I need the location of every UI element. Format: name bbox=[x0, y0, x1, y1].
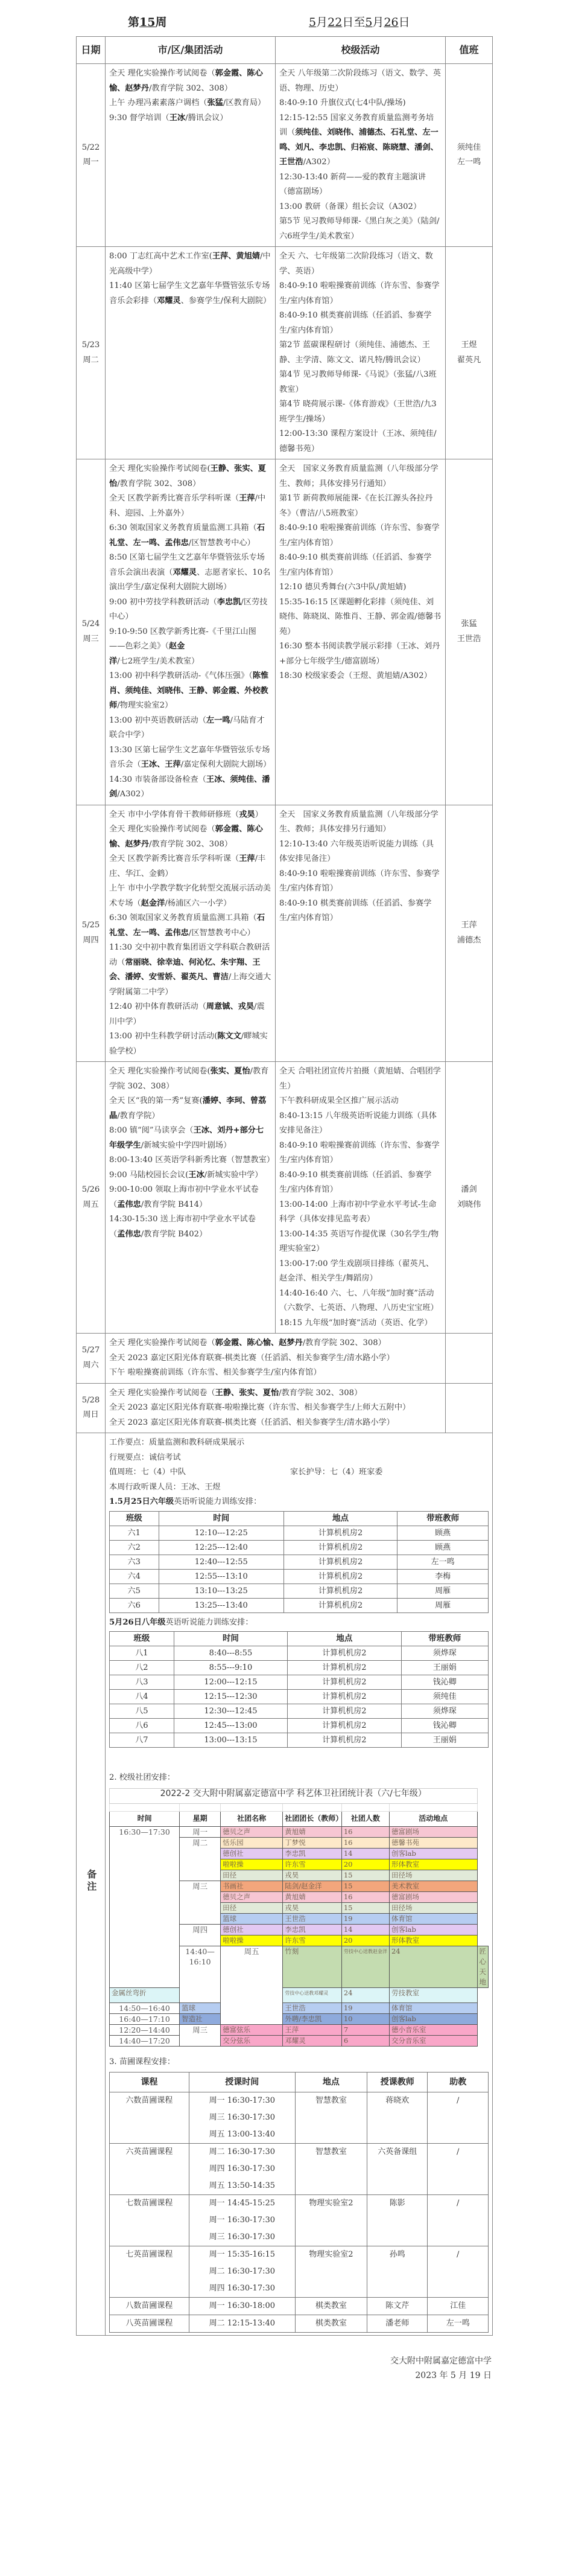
schedule-table: 日期 市/区/集团活动 校级活动 值班 5/22周一全天 理化实验操作考试阅卷（… bbox=[76, 36, 493, 2336]
district-activity: 9:30 督学培训（王冰/腾讯会议） bbox=[109, 111, 271, 126]
club-time: 14:50—16:40 bbox=[110, 2002, 180, 2013]
table-row: 八512:30---12:45计算机机房2须烨琛 bbox=[110, 1704, 489, 1719]
club-leader: 许东雪 bbox=[283, 1859, 342, 1870]
club-row: 14:40—17:20交分弦乐邓耀灵6交分音乐室 bbox=[110, 2035, 489, 2046]
weekend-activities-cell: 全天 理化实验操作考试阅卷（郭金霞、陈心愉、赵梦丹/教育学院 302、308）全… bbox=[106, 1334, 446, 1384]
school-activity: 第2节 蓝碳课程研讨（须纯佳、浦德杰、王静、主学清、陈文文、诺凡特/腾讯会议） bbox=[279, 338, 442, 368]
school-activity: 8:40-9:10 棋类赛前训练（任滔滔、参赛学生/室内体育馆） bbox=[279, 308, 442, 338]
course-assistant: / bbox=[428, 2195, 489, 2246]
club-name: 篮球 bbox=[180, 2002, 221, 2013]
district-activity: 13:00 初中科学教研活动-《气体压强》（陈惟肖、须纯佳、刘晓伟、王静、郭金霞… bbox=[109, 669, 271, 714]
club-leader: 劳技中心送教邓耀灵 bbox=[283, 1987, 342, 2002]
course-assistant: / bbox=[428, 2246, 489, 2298]
school-activities-cell: 全天 国家义务教育质量监测（八年级部分学生、教师；具体安排另行通知）第1节 新荷… bbox=[276, 459, 446, 805]
school-activity: 12:30-13:40 新荷——爱的教育主题演讲（德富剧场） bbox=[279, 170, 442, 200]
course-name: 八英苗圃课程 bbox=[110, 2315, 189, 2333]
district-activity: 12:40 初中体育教研活动（周意铖、戎昊/震川中学） bbox=[109, 1000, 271, 1029]
club-place: 美术教室 bbox=[389, 1881, 477, 1891]
club-leader: 劳技中心送教赵金洋 bbox=[341, 1946, 389, 1987]
school-activity: 第4节 晓荷展示课-《体育游戏》（王世浩/九3班学生/操场） bbox=[279, 397, 442, 427]
course-teacher: 蒋晓欢 bbox=[367, 2092, 428, 2144]
club-leader: 李忠凯 bbox=[283, 1848, 342, 1859]
duty-cell bbox=[446, 1334, 493, 1384]
course-times: 周一 15:35-16:15周二 16:30-17:30周四 16:30-17:… bbox=[189, 2246, 295, 2298]
club-leader: 陆剑/赵金洋 bbox=[283, 1881, 342, 1891]
club-name: 田径 bbox=[221, 1902, 283, 1913]
duty-cell: 王萍浦德杰 bbox=[446, 805, 493, 1062]
school-activities-cell: 全天 合唱社团宣传片拍摄（黄旭婧、合唱团学生）下午教科研成果全区推广展示活动8:… bbox=[276, 1062, 446, 1334]
club-row: 16:40—17:10智造社外聘/李忠凯10创客lab bbox=[110, 2013, 489, 2024]
club-count: 24 bbox=[341, 1987, 389, 2002]
club-leader: 丁梦悦 bbox=[283, 1837, 342, 1848]
club-section-title: 2. 校级社团安排： bbox=[109, 1771, 489, 1786]
course-name: 八数苗圃课程 bbox=[110, 2298, 189, 2315]
club-place: 形体教室 bbox=[389, 1859, 477, 1870]
table-row: 八18:40---8:55计算机机房2须烨琛 bbox=[110, 1646, 489, 1661]
club-place: 德富剧场 bbox=[389, 1891, 477, 1902]
club-row: 金属丝弯折劳技中心送教邓耀灵24劳技教室 bbox=[110, 1987, 489, 2002]
district-activity: 全天 区“我的第一秀”复赛(潘婷、李珂、曾荔晶/教育学院） bbox=[109, 1094, 271, 1123]
district-activity: 上午 市中小学教学数字化转型交流展示活动美术专场（赵金洋/杨浦区六一小学） bbox=[109, 881, 271, 911]
grade6-listening-table-title: 1.5月25日六年级英语听说能力训练安排： bbox=[109, 1495, 489, 1510]
school-activity: 12:10 德贝秀舞台(六3中队/黄旭婧) bbox=[279, 580, 442, 595]
club-count: 16 bbox=[341, 1891, 389, 1902]
club-row: 12:20—14:40周三德富弦乐王萍7德小音乐室 bbox=[110, 2024, 489, 2035]
district-activity: 9:00 马陆校园长会议(王冰/新城实验中学） bbox=[109, 1168, 271, 1183]
club-name: 德富弦乐 bbox=[221, 2024, 283, 2035]
district-activity: 全天 区教学新秀比赛音乐学科听课（王萍/中科、迎园、上外嘉外） bbox=[109, 491, 271, 521]
column-header-duty: 值班 bbox=[446, 37, 493, 64]
course-place: 物理实验室2 bbox=[295, 2195, 367, 2246]
club-name: 啦啦操 bbox=[221, 1935, 283, 1946]
district-activity: 8:00-13:40 区英语学科新秀比赛（智慧教室） bbox=[109, 1153, 271, 1168]
date-cell: 5/22周一 bbox=[77, 64, 106, 247]
district-activity: 9:00 初中劳技学科教研活动（李忠凯/区劳技中心） bbox=[109, 595, 271, 625]
school-activities-cell: 全天 八年级第二次阶段练习（语文、数学、英语、物理、历史）8:40-9:10 升… bbox=[276, 64, 446, 247]
duty-cell: 张猛王世浩 bbox=[446, 459, 493, 805]
district-activities-cell: 全天 市中小学体育骨干教师研修班（戎昊）全天 理化实验操作考试阅卷（郭金霞、陈心… bbox=[106, 805, 276, 1062]
duty-cell: 王煜翟英凡 bbox=[446, 247, 493, 459]
column-header-school: 校级活动 bbox=[276, 37, 446, 64]
notes-row: 备注工作要点：质量监测和教科研成果展示行规要点：诚信考试值周班：七（4）中队家长… bbox=[77, 1433, 493, 2336]
school-activity: 12:00-13:30 课程方案设计（王冰、须纯佳/德馨书苑） bbox=[279, 427, 442, 456]
club-place: 匠心天地 bbox=[477, 1946, 489, 1987]
club-name: 金属丝弯折 bbox=[110, 1987, 180, 2002]
district-activity: 全天 区教学新秀比赛音乐学科听课（王萍/丰庄、华江、金鹤） bbox=[109, 852, 271, 881]
district-activity: 14:30-15:30 送上海市初中学业水平试卷（孟伟忠/教育学院 B402） bbox=[109, 1212, 271, 1242]
club-place: 交分音乐室 bbox=[389, 2035, 477, 2046]
school-activity: 8:40-9:10 棋类赛前训练（任滔滔、参赛学生/室内体育馆） bbox=[279, 551, 442, 580]
club-leader: 王世浩 bbox=[283, 1913, 342, 1924]
club-place: 创客lab bbox=[389, 2013, 477, 2024]
school-activity: 12:10-13:40 六年级英语听说能力训练（具体安排见备注） bbox=[279, 837, 442, 867]
weekly-schedule-page: 第15周 5月22日至5月26日 日期 市/区/集团活动 校级活动 值班 5/2… bbox=[0, 0, 570, 2401]
school-activity: 13:00-14:35 英语写作提优课（30名学生/物理实验室2） bbox=[279, 1227, 442, 1257]
nursery-course-table: 课程授课时间地点授课教师助教六数苗圃课程周一 16:30-17:30周三 16:… bbox=[109, 2072, 489, 2333]
grade8-listening-table: 班级时间地点带班教师八18:40---8:55计算机机房2须烨琛八28:55--… bbox=[109, 1631, 489, 1748]
club-leader: 戎昊 bbox=[283, 1870, 342, 1881]
school-activity: 8:40-9:10 啦啦操赛前训练（许东雪、参赛学生/室内体育馆） bbox=[279, 521, 442, 551]
district-activity: 全天 理化实验操作考试阅卷（郭金霞、陈心愉、赵梦丹/教育学院 302、308） bbox=[109, 822, 271, 852]
course-place: 棋类教室 bbox=[295, 2315, 367, 2333]
district-activity: 全天 理化实验操作考试阅卷（郭金霞、陈心愉、赵梦丹/教育学院 302、308） bbox=[109, 66, 271, 96]
club-time: 12:20—14:40 bbox=[110, 2024, 180, 2035]
column-header-date: 日期 bbox=[77, 37, 106, 64]
district-activity: 8:50 区第七届学生文艺嘉年华暨管弦乐专场音乐会演出表演（邓耀灵、志愿者家长、… bbox=[109, 551, 271, 595]
district-activity: 全天 理化实验操作考试阅卷(张实、夏怡/教育学院 302、308） bbox=[109, 1064, 271, 1094]
day-row: 5/24周三全天 理化实验操作考试阅卷(王静、张实、夏怡/教育学院 302、30… bbox=[77, 459, 493, 805]
club-count: 14 bbox=[341, 1924, 389, 1935]
school-activity: 第4节 见习教师导师课-《马说》（张猛/八3班教室） bbox=[279, 368, 442, 397]
weekend-activity: 全天 理化实验操作考试阅卷（王静、张实、夏怡/教育学院 302、308） bbox=[109, 1386, 442, 1401]
club-count: 16 bbox=[341, 1826, 389, 1837]
club-weekday: 周五 bbox=[221, 1946, 283, 2024]
school-activity: 8:40-9:10 升旗仪式(七4中队/操场) bbox=[279, 96, 442, 111]
school-activities-cell: 全天 六、七年级第二次阶段练习（语文、数学、英语）8:40-9:10 啦啦操赛前… bbox=[276, 247, 446, 459]
club-place: 德馨书苑 bbox=[389, 1837, 477, 1848]
weekend-activities-cell: 全天 理化实验操作考试阅卷（王静、张实、夏怡/教育学院 302、308）全天 2… bbox=[106, 1383, 446, 1433]
club-name: 竹刻 bbox=[283, 1946, 342, 1987]
nursery-section-title: 3. 苗圃课程安排： bbox=[109, 2055, 489, 2070]
club-count: 15 bbox=[341, 1870, 389, 1881]
date-cell: 5/23周二 bbox=[77, 247, 106, 459]
club-name: 书画社 bbox=[221, 1881, 283, 1891]
club-place: 田径场 bbox=[389, 1902, 477, 1913]
table-row: 六513:10---13:25计算机机房2周雁 bbox=[110, 1584, 489, 1598]
course-assistant: / bbox=[428, 2144, 489, 2195]
nursery-course-row: 七数苗圃课程周一 14:45-15:25周一 16:30-17:30周三 16:… bbox=[110, 2195, 489, 2246]
footer-signature: 交大附中附属嘉定德富中学 2023 年 5 月 19 日 bbox=[0, 2354, 492, 2383]
duty-class-line: 值周班：七（4）中队家长护导：七（4）班家委 bbox=[109, 1465, 489, 1480]
school-activity: 第1节 新荷教师展能课-《在长江源头各拉丹冬》（曹洁/八5班教室） bbox=[279, 491, 442, 521]
club-name: 德贝之声 bbox=[221, 1826, 283, 1837]
course-assistant: / bbox=[428, 2092, 489, 2144]
school-activity: 第5节 见习教师导师课-《黑白灰之美》（陆剑/六6班学生/美术教室） bbox=[279, 214, 442, 244]
club-name: 德创社 bbox=[221, 1924, 283, 1935]
course-teacher: 陈文芹 bbox=[367, 2298, 428, 2315]
club-leader: 王萍 bbox=[283, 2024, 342, 2035]
schedule-header-row: 日期 市/区/集团活动 校级活动 值班 bbox=[77, 37, 493, 64]
district-activity: 8:00 镇“阅”马读享会（王冰、刘丹+部分七年级学生/新城实验中学四叶剧场） bbox=[109, 1123, 271, 1153]
club-row: 14:50—16:40篮球王世浩19体育馆 bbox=[110, 2002, 489, 2013]
course-name: 七英苗圃课程 bbox=[110, 2246, 189, 2298]
club-leader: 王世浩 bbox=[283, 2002, 342, 2013]
nursery-course-row: 八英苗圃课程周二 12:15-13:40棋类教室潘老师左一鸣 bbox=[110, 2315, 489, 2333]
club-weekday: 周一 bbox=[180, 1826, 221, 1837]
school-activity: 8:40-9:10 棋类赛前训练（任滔滔、参赛学生/室内体育馆） bbox=[279, 1168, 442, 1198]
school-activity: 12:15-12:55 国家义务教育质量监测考务培训（须纯佳、刘晓伟、浦德杰、石… bbox=[279, 111, 442, 170]
school-activity: 全天 合唱社团宣传片拍摄（黄旭婧、合唱团学生） bbox=[279, 1064, 442, 1094]
club-leader: 黄旭婧 bbox=[283, 1891, 342, 1902]
course-place: 智慧教室 bbox=[295, 2092, 367, 2144]
table-row: 八312:00---12:15计算机机房2钱沁卿 bbox=[110, 1675, 489, 1690]
club-leader: 邓耀灵 bbox=[283, 2035, 342, 2046]
club-table-caption: 2022-2 交大附中附属嘉定德富中学 科艺体卫社团统计表（六/七年级） bbox=[110, 1788, 478, 1803]
grade6-listening-table: 班级时间地点带班教师六112:10---12:25计算机机房2顾燕六212:25… bbox=[109, 1511, 489, 1613]
district-activity: 9:00-10:00 领取上海市初中学业水平试卷（孟伟忠/教育学院 B414） bbox=[109, 1183, 271, 1212]
club-count: 7 bbox=[341, 2024, 389, 2035]
day-row: 5/22周一全天 理化实验操作考试阅卷（郭金霞、陈心愉、赵梦丹/教育学院 302… bbox=[77, 64, 493, 247]
club-place: 创客lab bbox=[389, 1848, 477, 1859]
club-name: 啦啦操 bbox=[221, 1859, 283, 1870]
club-name: 交分弦乐 bbox=[221, 2035, 283, 2046]
club-count: 10 bbox=[341, 2013, 389, 2024]
notes-label-cell: 备注 bbox=[77, 1433, 106, 2336]
district-activity: 13:30 区第七届学生文艺嘉年华暨管弦乐专场音乐会（王冰、王萍/嘉定保利大剧院… bbox=[109, 743, 271, 773]
course-times: 周一 16:30-17:30周三 16:30-17:30周五 13:00-13:… bbox=[189, 2092, 295, 2144]
footer-date: 2023 年 5 月 19 日 bbox=[0, 2368, 492, 2383]
club-place: 田径场 bbox=[389, 1870, 477, 1881]
nursery-course-row: 六英苗圃课程周二 16:30-17:30周四 16:30-17:30周五 13:… bbox=[110, 2144, 489, 2195]
club-place: 劳技教室 bbox=[389, 1987, 477, 2002]
course-place: 棋类教室 bbox=[295, 2298, 367, 2315]
club-time: 16:30—17:30 bbox=[110, 1826, 180, 1987]
date-cell: 5/27周六 bbox=[77, 1334, 106, 1384]
district-activity: 6:30 领取国家义务教育质量监测工具箱（石礼堂、左一鸣、孟伟忠/区智慧教考中心… bbox=[109, 911, 271, 941]
club-count: 19 bbox=[341, 1913, 389, 1924]
district-activities-cell: 8:00 丁志红高中艺术工作室(王萍、黄旭婧/中光高级中学）11:40 区第七届… bbox=[106, 247, 276, 459]
district-activity: 13:00 初中英语教研活动（左一鸣/马陆育才联合中学） bbox=[109, 714, 271, 743]
work-focus: 工作要点：质量监测和教科研成果展示 bbox=[109, 1436, 489, 1451]
club-leader: 李忠凯 bbox=[283, 1924, 342, 1935]
weekend-row: 5/28周日全天 理化实验操作考试阅卷（王静、张实、夏怡/教育学院 302、30… bbox=[77, 1383, 493, 1433]
date-cell: 5/26周五 bbox=[77, 1062, 106, 1334]
course-name: 六数苗圃课程 bbox=[110, 2092, 189, 2144]
school-activity: 13:00 教研（备课）组长会议（A302） bbox=[279, 200, 442, 215]
district-activities-cell: 全天 理化实验操作考试阅卷(王静、张实、夏怡/教育学院 302、308）全天 区… bbox=[106, 459, 276, 805]
school-activity: 16:30 整本书阅读教学展示彩排（王冰、刘丹+部分七年级学生/德富剧场） bbox=[279, 639, 442, 669]
district-activity: 11:30 交中初中教育集团语文学科联合教研活动（常丽晓、徐幸迪、何沁忆、朱宇翔… bbox=[109, 941, 271, 1000]
district-activity: 11:40 区第七届学生文艺嘉年华暨管弦乐专场音乐会彩排（邓耀灵、参赛学生/保利… bbox=[109, 279, 271, 308]
school-activity: 18:30 校级家委会（王煜、黄旭婧/A302） bbox=[279, 669, 442, 684]
club-weekday: 周二 bbox=[180, 1837, 221, 1881]
course-times: 周二 12:15-13:40 bbox=[189, 2315, 295, 2333]
district-activities-cell: 全天 理化实验操作考试阅卷（郭金霞、陈心愉、赵梦丹/教育学院 302、308）上… bbox=[106, 64, 276, 247]
club-place: 创客lab bbox=[389, 1924, 477, 1935]
club-name: 智造社 bbox=[180, 2013, 221, 2024]
school-activity: 全天 六、七年级第二次阶段练习（语文、数学、英语） bbox=[279, 249, 442, 279]
course-name: 六英苗圃课程 bbox=[110, 2144, 189, 2195]
course-teacher: 潘老师 bbox=[367, 2315, 428, 2333]
date-cell: 5/25周四 bbox=[77, 805, 106, 1062]
club-name: 德创社 bbox=[221, 1848, 283, 1859]
duty-cell bbox=[446, 1383, 493, 1433]
club-count: 16 bbox=[341, 1837, 389, 1848]
school-activity: 全天 八年级第二次阶段练习（语文、数学、英语、物理、历史） bbox=[279, 66, 442, 96]
table-row: 六212:25---12:40计算机机房2顾燕 bbox=[110, 1540, 489, 1555]
week-number: 第15周 bbox=[128, 13, 166, 30]
column-header-district: 市/区/集团活动 bbox=[106, 37, 276, 64]
weekend-activity: 全天 2023 嘉定区阳光体育联赛-棋类比赛（任滔滔、相关参赛学生/清水路小学） bbox=[109, 1351, 442, 1366]
club-place: 形体教室 bbox=[389, 1935, 477, 1946]
school-activity: 全天 国家义务教育质量监测（八年级部分学生、教师；具体安排另行通知） bbox=[279, 808, 442, 837]
club-count: 20 bbox=[341, 1859, 389, 1870]
club-place: 德富剧场 bbox=[389, 1826, 477, 1837]
school-activity: 18:15 九年级“加时赛”活动（英语、化学） bbox=[279, 1316, 442, 1331]
course-place: 物理实验室2 bbox=[295, 2246, 367, 2298]
conduct-focus: 行规要点：诚信考试 bbox=[109, 1451, 489, 1466]
district-activity: 14:30 市装备部设备检查（王冰、须纯佳、潘剑/A302） bbox=[109, 773, 271, 802]
club-place: 德小音乐室 bbox=[389, 2024, 477, 2035]
school-activities-cell: 全天 国家义务教育质量监测（八年级部分学生、教师；具体安排另行通知）12:10-… bbox=[276, 805, 446, 1062]
club-time: 16:40—17:10 bbox=[110, 2013, 180, 2024]
weekend-activity: 下午 啦啦操赛前训练（许东雪、相关参赛学生/室内体育馆） bbox=[109, 1366, 442, 1381]
nursery-course-row: 六数苗圃课程周一 16:30-17:30周三 16:30-17:30周五 13:… bbox=[110, 2092, 489, 2144]
club-time: 14:40—16:10 bbox=[180, 1946, 221, 2002]
day-row: 5/23周二8:00 丁志红高中艺术工作室(王萍、黄旭婧/中光高级中学）11:4… bbox=[77, 247, 493, 459]
schedule-title: 第15周 5月22日至5月26日 bbox=[0, 13, 570, 36]
club-count: 15 bbox=[341, 1902, 389, 1913]
date-range: 5月22日至5月26日 bbox=[309, 13, 410, 30]
table-row: 八713:00---13:15计算机机房2王丽娟 bbox=[110, 1733, 489, 1748]
course-assistant: 左一鸣 bbox=[428, 2315, 489, 2333]
duty-cell: 须纯佳左一鸣 bbox=[446, 64, 493, 247]
club-count: 24 bbox=[389, 1946, 477, 1987]
table-row: 八612:45---13:00计算机机房2钱沁卿 bbox=[110, 1719, 489, 1733]
weekend-row: 5/27周六全天 理化实验操作考试阅卷（郭金霞、陈心愉、赵梦丹/教育学院 302… bbox=[77, 1334, 493, 1384]
school-activity: 8:40-9:10 棋类赛前训练（任滔滔、参赛学生/室内体育馆） bbox=[279, 896, 442, 926]
course-times: 周一 14:45-15:25周一 16:30-17:30周三 16:30-17:… bbox=[189, 2195, 295, 2246]
district-activity: 6:30 领取国家义务教育质量监测工具箱（石礼堂、左一鸣、孟伟忠/区智慧教考中心… bbox=[109, 521, 271, 551]
district-activity: 全天 市中小学体育骨干教师研修班（戎昊） bbox=[109, 808, 271, 823]
table-row: 六312:40---12:55计算机机房2左一鸣 bbox=[110, 1555, 489, 1569]
district-activity: 13:00 初中生科教学研讨活动(陈文文/疁城实验学校） bbox=[109, 1029, 271, 1059]
footer-school: 交大附中附属嘉定德富中学 bbox=[0, 2354, 492, 2368]
date-cell: 5/24周三 bbox=[77, 459, 106, 805]
nursery-course-row: 八数苗圃课程周一 16:30-18:00棋类教室陈文芹江佳 bbox=[110, 2298, 489, 2315]
course-times: 周二 16:30-17:30周四 16:30-17:30周五 13:50-14:… bbox=[189, 2144, 295, 2195]
day-row: 5/25周四全天 市中小学体育骨干教师研修班（戎昊）全天 理化实验操作考试阅卷（… bbox=[77, 805, 493, 1062]
grade8-listening-table-title: 5月26日八年级英语听说能力训练安排： bbox=[109, 1616, 489, 1631]
course-teacher: 陈影 bbox=[367, 2195, 428, 2246]
club-time: 14:40—17:20 bbox=[110, 2035, 180, 2046]
date-cell: 5/28周日 bbox=[77, 1383, 106, 1433]
district-activity: 9:10-9:50 区教学新秀比赛-《千里江山图——色彩之美》（赵金洋/七2班学… bbox=[109, 625, 271, 670]
weekend-activity: 全天 理化实验操作考试阅卷（郭金霞、陈心愉、赵梦丹/教育学院 302、308） bbox=[109, 1336, 442, 1351]
school-activity: 全天 国家义务教育质量监测（八年级部分学生、教师；具体安排另行通知） bbox=[279, 462, 442, 491]
table-row: 八412:15---12:30计算机机房2须纯佳 bbox=[110, 1690, 489, 1704]
club-weekday: 周四 bbox=[180, 1924, 221, 1946]
observers: 本周行政听课人员：王冰、王煜 bbox=[109, 1480, 489, 1495]
club-place: 体育馆 bbox=[389, 2002, 477, 2013]
notes-label: 备注 bbox=[83, 1869, 98, 1893]
club-name: 德贝之声 bbox=[221, 1891, 283, 1902]
course-assistant: 江佳 bbox=[428, 2298, 489, 2315]
club-weekday: 周三 bbox=[180, 1881, 221, 1924]
course-place: 智慧教室 bbox=[295, 2144, 367, 2195]
club-leader: 戎昊 bbox=[283, 1902, 342, 1913]
club-leader: 黄旭婧 bbox=[283, 1826, 342, 1837]
day-row: 5/26周五全天 理化实验操作考试阅卷(张实、夏怡/教育学院 302、308）全… bbox=[77, 1062, 493, 1334]
club-name: 篮球 bbox=[221, 1913, 283, 1924]
club-count: 6 bbox=[341, 2035, 389, 2046]
school-activity: 15:35-16:15 区课题孵化彩排（须纯佳、刘晓伟、陈晓岚、陈惟肖、王静、郭… bbox=[279, 595, 442, 640]
district-activity: 全天 理化实验操作考试阅卷(王静、张实、夏怡/教育学院 302、308） bbox=[109, 462, 271, 491]
school-activity: 8:40-9:10 啦啦操赛前训练（许东雪、参赛学生/室内体育馆） bbox=[279, 1139, 442, 1168]
course-times: 周一 16:30-18:00 bbox=[189, 2298, 295, 2315]
table-row: 八28:55---9:10计算机机房2王丽娟 bbox=[110, 1661, 489, 1675]
schedule-body: 5/22周一全天 理化实验操作考试阅卷（郭金霞、陈心愉、赵梦丹/教育学院 302… bbox=[77, 64, 493, 2336]
club-leader: 许东雪 bbox=[283, 1935, 342, 1946]
club-row: 16:30—17:30周一德贝之声黄旭婧16德富剧场 bbox=[110, 1826, 489, 1837]
table-row: 六112:10---12:25计算机机房2顾燕 bbox=[110, 1526, 489, 1540]
school-activity: 14:40-16:40 六、七、八年级“加时赛”活动（六数学、七英语、八物理、八… bbox=[279, 1286, 442, 1316]
school-activity: 13:00-14:00 上海市初中学业水平考试-生命科学（具体安排见监考表） bbox=[279, 1198, 442, 1227]
club-place: 体育馆 bbox=[389, 1913, 477, 1924]
duty-cell: 潘剑刘晓伟 bbox=[446, 1062, 493, 1334]
school-activity: 下午教科研成果全区推广展示活动 bbox=[279, 1094, 442, 1109]
course-name: 七数苗圃课程 bbox=[110, 2195, 189, 2246]
club-name: 田径 bbox=[221, 1870, 283, 1881]
weekend-activity: 全天 2023 嘉定区阳光体育联赛-啦啦操比赛（许东雪、相关参赛学生/上师大五附… bbox=[109, 1401, 442, 1416]
district-activity: 8:00 丁志红高中艺术工作室(王萍、黄旭婧/中光高级中学） bbox=[109, 249, 271, 279]
school-activity: 8:40-9:10 啦啦操赛前训练（许东雪、参赛学生/室内体育馆） bbox=[279, 279, 442, 308]
club-table: 2022-2 交大附中附属嘉定德富中学 科艺体卫社团统计表（六/七年级）时间星期… bbox=[109, 1788, 489, 2047]
club-count: 14 bbox=[341, 1848, 389, 1859]
district-activity: 上午 办理冯素素落户调档（张猛/区教育局） bbox=[109, 96, 271, 111]
course-teacher: 六英备课组 bbox=[367, 2144, 428, 2195]
course-teacher: 孙鸣 bbox=[367, 2246, 428, 2298]
district-activities-cell: 全天 理化实验操作考试阅卷(张实、夏怡/教育学院 302、308）全天 区“我的… bbox=[106, 1062, 276, 1334]
club-leader: 外聘/李忠凯 bbox=[283, 2013, 342, 2024]
notes-content: 工作要点：质量监测和教科研成果展示行规要点：诚信考试值周班：七（4）中队家长护导… bbox=[106, 1433, 493, 2336]
table-row: 六412:55---13:10计算机机房2李梅 bbox=[110, 1569, 489, 1584]
club-count: 15 bbox=[341, 1881, 389, 1891]
club-weekday: 周三 bbox=[180, 2024, 221, 2046]
table-row: 六613:25---13:40计算机机房2周雁 bbox=[110, 1598, 489, 1612]
weekend-activity: 全天 2023 嘉定区阳光体育联赛-棋类比赛（任滔滔、相关参赛学生/清水路小学） bbox=[109, 1416, 442, 1431]
club-name: 恬乐园 bbox=[221, 1837, 283, 1848]
school-activity: 8:40-13:15 八年级英语听说能力训练（具体安排见备注） bbox=[279, 1109, 442, 1139]
club-count: 20 bbox=[341, 1935, 389, 1946]
school-activity: 8:40-9:10 啦啦操赛前训练（许东雪、参赛学生/室内体育馆） bbox=[279, 867, 442, 896]
school-activity: 13:00-17:00 学生戏剧项目排练（翟英凡、赵金洋、相关学生/舞蹈房） bbox=[279, 1257, 442, 1286]
club-count: 19 bbox=[341, 2002, 389, 2013]
nursery-course-row: 七英苗圃课程周一 15:35-16:15周二 16:30-17:30周四 16:… bbox=[110, 2246, 489, 2298]
